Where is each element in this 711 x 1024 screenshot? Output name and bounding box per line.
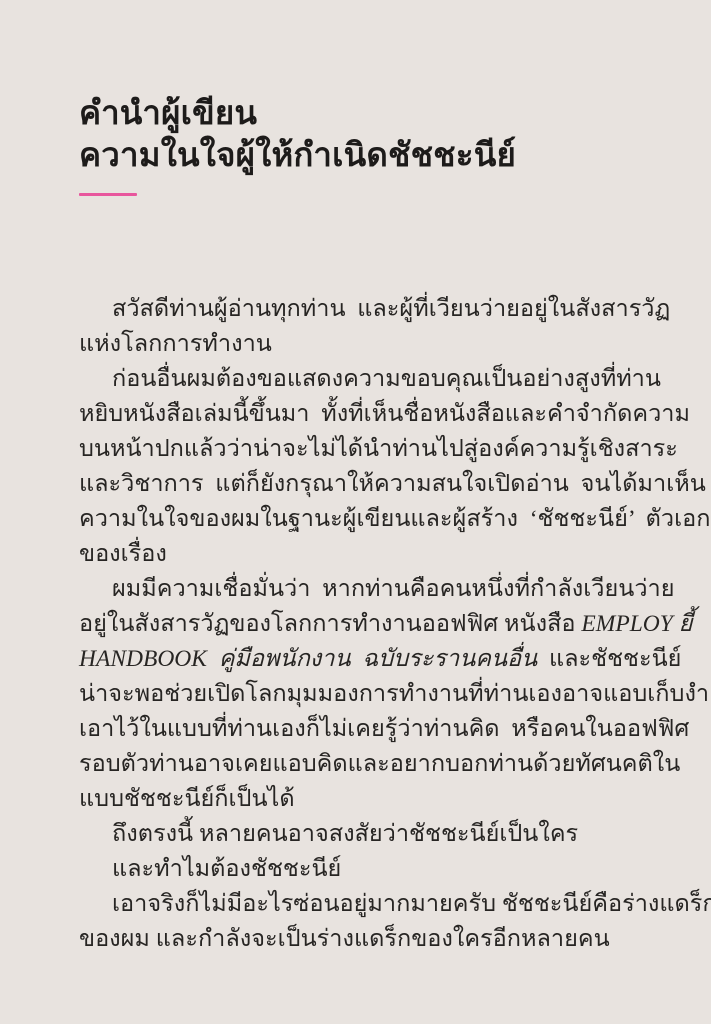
text-line: ของเรื่อง (79, 537, 601, 572)
text-line: แบบชัชชะนีย์ก็เป็นได้ (79, 782, 601, 817)
page-title-line-2: ความในใจผู้ให้กำเนิดชัชชะนีย์ (79, 134, 601, 176)
page-title: คำนำผู้เขียน ความในใจผู้ให้กำเนิดชัชชะนี… (79, 92, 601, 176)
paragraph: ผมมีความเชื่อมั่นว่า หากท่านคือคนหนึ่งที… (79, 572, 601, 817)
paragraph: เอาจริงก็ไม่มีอะไรซ่อนอยู่มากมายครับ ชัช… (79, 887, 601, 957)
text-line: แห่งโลกการทำงาน (79, 327, 601, 362)
paragraph: และทำไมต้องชัชชะนีย์ (79, 852, 601, 887)
text-line: เอาจริงก็ไม่มีอะไรซ่อนอยู่มากมายครับ ชัช… (79, 887, 601, 922)
paragraph: สวัสดีท่านผู้อ่านทุกท่าน และผู้ที่เวียนว… (79, 292, 601, 362)
text-line: และทำไมต้องชัชชะนีย์ (79, 852, 601, 887)
text-line: ถึงตรงนี้ หลายคนอาจสงสัยว่าชัชชะนีย์เป็น… (79, 817, 601, 852)
text-line: และวิชาการ แต่ก็ยังกรุณาให้ความสนใจเปิดอ… (79, 467, 601, 502)
text-line: ก่อนอื่นผมต้องขอแสดงความขอบคุณเป็นอย่างส… (79, 362, 601, 397)
text-line: เอาไว้ในแบบที่ท่านเองก็ไม่เคยรู้ว่าท่านค… (79, 712, 601, 747)
book-page: คำนำผู้เขียน ความในใจผู้ให้กำเนิดชัชชะนี… (0, 0, 711, 1024)
paragraph: ก่อนอื่นผมต้องขอแสดงความขอบคุณเป็นอย่างส… (79, 362, 601, 572)
text-line: บนหน้าปกแล้วว่าน่าจะไม่ได้นำท่านไปสู่องค… (79, 432, 601, 467)
page-title-line-1: คำนำผู้เขียน (79, 92, 601, 134)
text-line: ผมมีความเชื่อมั่นว่า หากท่านคือคนหนึ่งที… (79, 572, 601, 607)
text-line: อยู่ในสังสารวัฏของโลกการทำงานออฟฟิศ หนัง… (79, 607, 601, 642)
text-line: ความในใจของผมในฐานะผู้เขียนและผู้สร้าง ‘… (79, 502, 601, 537)
text-line: หยิบหนังสือเล่มนี้ขึ้นมา ทั้งที่เห็นชื่อ… (79, 397, 601, 432)
text-line: สวัสดีท่านผู้อ่านทุกท่าน และผู้ที่เวียนว… (79, 292, 601, 327)
pink-divider (79, 193, 137, 196)
body-text: สวัสดีท่านผู้อ่านทุกท่าน และผู้ที่เวียนว… (79, 292, 601, 957)
text-line: ของผม และกำลังจะเป็นร่างแดร็กของใครอีกหล… (79, 922, 601, 957)
paragraph: ถึงตรงนี้ หลายคนอาจสงสัยว่าชัชชะนีย์เป็น… (79, 817, 601, 852)
text-line: HANDBOOK คู่มือพนักงาน ฉบับระรานคนอื่น แ… (79, 642, 601, 677)
text-line: รอบตัวท่านอาจเคยแอบคิดและอยากบอกท่านด้วย… (79, 747, 601, 782)
text-line: น่าจะพอช่วยเปิดโลกมุมมองการทำงานที่ท่านเ… (79, 677, 601, 712)
